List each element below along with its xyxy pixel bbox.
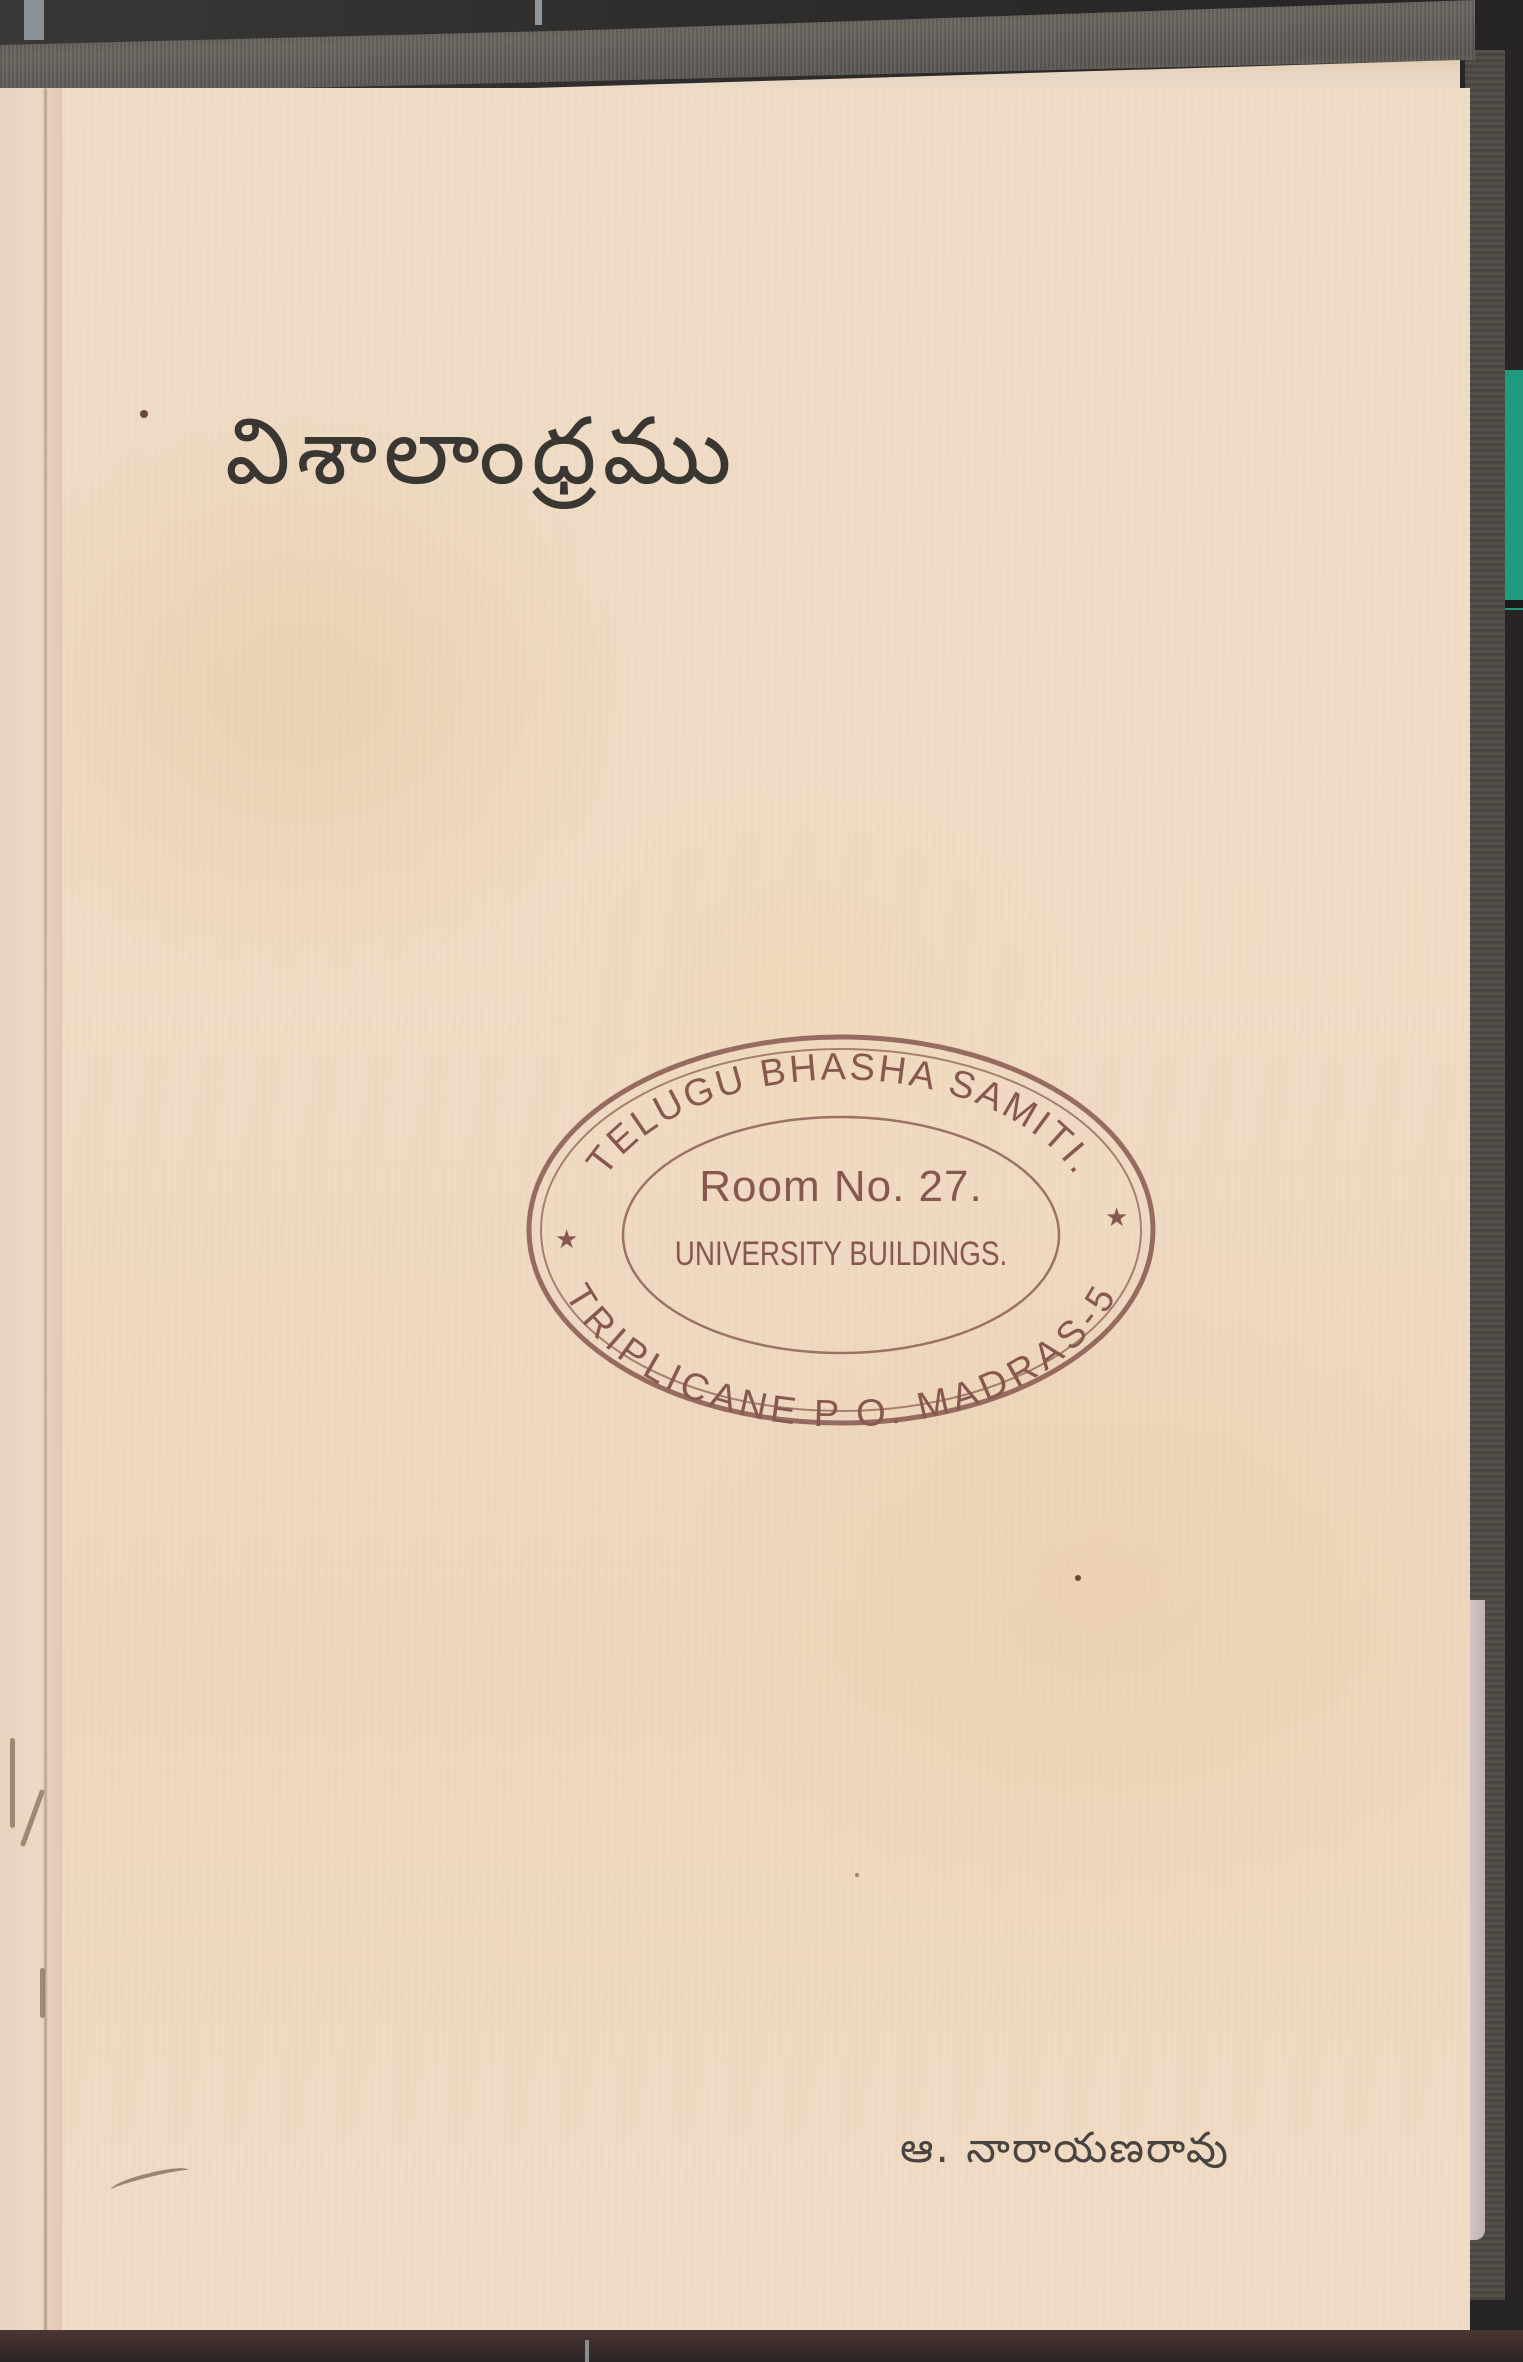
scanner-bottom-edge (0, 2330, 1523, 2362)
paper-tear-mark (10, 1738, 15, 1828)
ink-spot (1075, 1575, 1081, 1581)
scanner-clip (585, 2340, 589, 2362)
author-name: ఆ. నారాయణరావు (900, 2123, 1230, 2183)
stamp-room-number: Room No. 27. (520, 1162, 1162, 1212)
scanner-clip (535, 0, 542, 25)
pencil-mark (109, 2164, 190, 2197)
page-gutter (0, 88, 62, 2333)
ink-spot (140, 410, 148, 418)
scanner-clip (24, 0, 44, 40)
library-stamp: TELUGU BHASHA SAMITI. TRIPLICANE P O. MA… (520, 1030, 1162, 1430)
book-title: విశాలాంధ్రము (225, 398, 738, 528)
stamp-building: UNIVERSITY BUILDINGS. (578, 1235, 1104, 1274)
paper-tear-mark (40, 1968, 45, 2018)
ink-spot (855, 1873, 859, 1877)
